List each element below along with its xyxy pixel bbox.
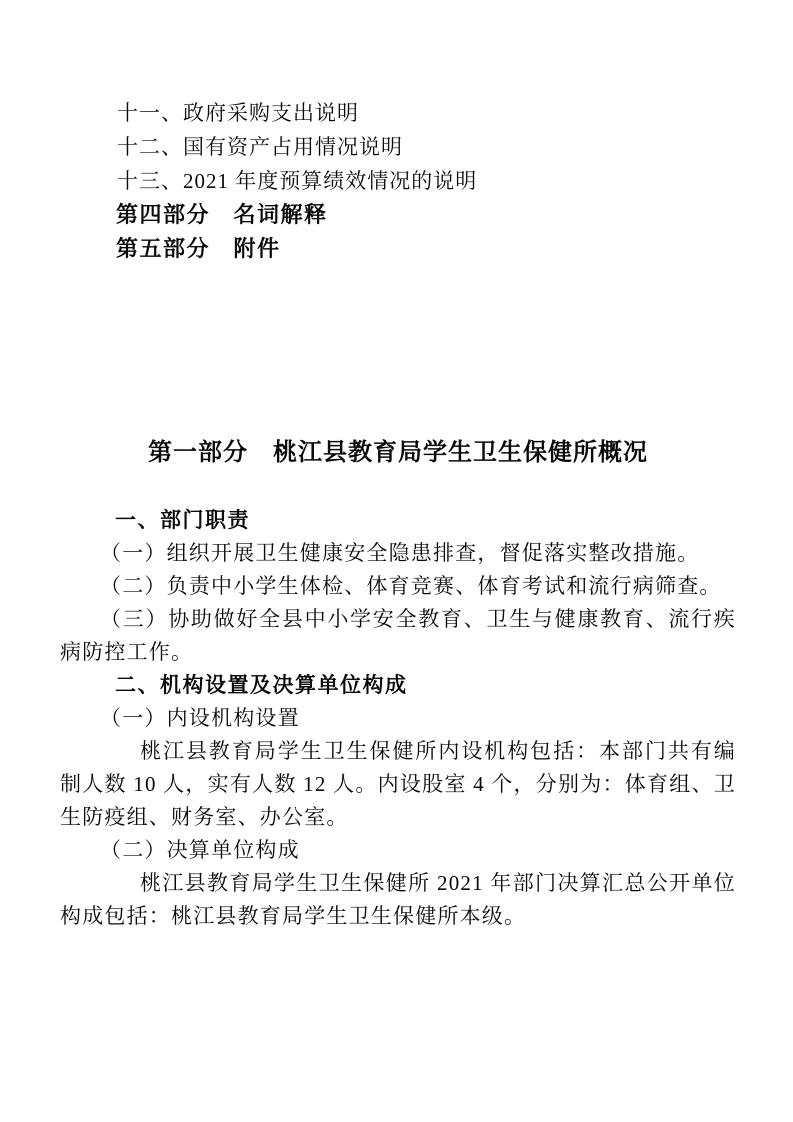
unit-composition-paragraph: 桃江县教育局学生卫生保健所 2021 年部门决算汇总公开单位构成包括：桃江县教育… bbox=[60, 867, 736, 933]
chapter-title: 第一部分 桃江县教育局学生卫生保健所概况 bbox=[60, 435, 736, 471]
unit-composition-subheading: （二）决算单位构成 bbox=[60, 834, 736, 867]
duty-paragraph-1: （一）组织开展卫生健康安全隐患排查，督促落实整改措施。 bbox=[60, 537, 736, 570]
toc-item-11: 十一、政府采购支出说明 bbox=[60, 96, 736, 130]
org-heading: 二、机构设置及决算单位构成 bbox=[60, 669, 736, 702]
toc-part-4: 第四部分 名词解释 bbox=[60, 198, 736, 232]
duty-paragraph-3: （三）协助做好全县中小学安全教育、卫生与健康教育、流行疾病防控工作。 bbox=[60, 603, 736, 669]
document-page: 十一、政府采购支出说明 十二、国有资产占用情况说明 十三、2021 年度预算绩效… bbox=[0, 0, 793, 1122]
duties-heading: 一、部门职责 bbox=[60, 504, 736, 537]
toc-tail-section: 十一、政府采购支出说明 十二、国有资产占用情况说明 十三、2021 年度预算绩效… bbox=[60, 96, 736, 266]
toc-item-12: 十二、国有资产占用情况说明 bbox=[60, 130, 736, 164]
section-body: 一、部门职责 （一）组织开展卫生健康安全隐患排查，督促落实整改措施。 （二）负责… bbox=[60, 504, 736, 933]
toc-part-5: 第五部分 附件 bbox=[60, 232, 736, 266]
internal-org-subheading: （一）内设机构设置 bbox=[60, 702, 736, 735]
toc-item-13: 十三、2021 年度预算绩效情况的说明 bbox=[60, 164, 736, 198]
duty-paragraph-2: （二）负责中小学生体检、体育竞赛、体育考试和流行病筛查。 bbox=[60, 570, 736, 603]
internal-org-paragraph: 桃江县教育局学生卫生保健所内设机构包括：本部门共有编制人数 10 人，实有人数 … bbox=[60, 735, 736, 834]
